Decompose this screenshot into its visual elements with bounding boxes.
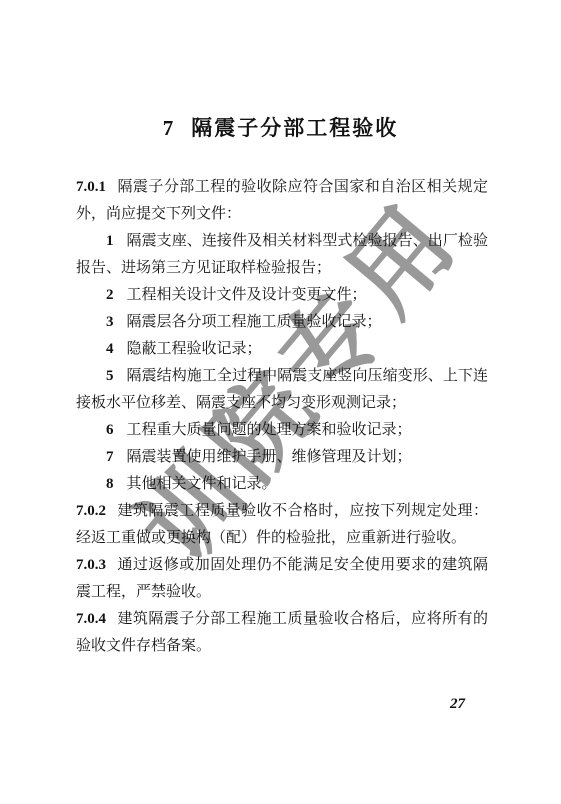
item-number: 2 xyxy=(106,287,114,303)
item-number: 1 xyxy=(106,233,114,249)
item-number: 5 xyxy=(106,368,114,384)
item-number: 6 xyxy=(106,422,114,438)
page-number: 27 xyxy=(450,696,465,713)
list-item-3: 3隔震层各分项工程施工质量验收记录； xyxy=(76,309,488,336)
clause-number: 7.0.3 xyxy=(76,557,106,573)
clause-number: 7.0.2 xyxy=(76,503,106,519)
chapter-number: 7 xyxy=(163,116,176,140)
list-item-6: 6工程重大质量问题的处理方案和验收记录； xyxy=(76,417,488,444)
chapter-title: 7隔震子分部工程验收 xyxy=(0,0,561,142)
list-item-7: 7隔震装置使用维护手册、维修管理及计划； xyxy=(76,444,488,471)
item-text: 隔震装置使用维护手册、维修管理及计划； xyxy=(127,449,412,465)
list-item-8: 8其他相关文件和记录。 xyxy=(76,471,488,498)
list-item-2: 2工程相关设计文件及设计变更文件； xyxy=(76,282,488,309)
list-item-5: 5隔震结构施工全过程中隔震支座竖向压缩变形、上下连接板水平位移差、隔震支座不均匀… xyxy=(76,363,488,417)
page-content: 7隔震子分部工程验收 7.0.1隔震子分部工程的验收除应符合国家和自治区相关规定… xyxy=(0,0,561,660)
item-number: 3 xyxy=(106,314,114,330)
clause-7-0-2: 7.0.2建筑隔震工程质量验收不合格时，应按下列规定处理：经返工重做或更换构（配… xyxy=(76,498,488,552)
item-text: 其他相关文件和记录。 xyxy=(127,476,277,492)
clause-7-0-1: 7.0.1隔震子分部工程的验收除应符合国家和自治区相关规定外，尚应提交下列文件： xyxy=(76,174,488,228)
item-text: 隔震支座、连接件及相关材料型式检验报告、出厂检验报告、进场第三方见证取样检验报告… xyxy=(76,233,488,276)
clause-number: 7.0.4 xyxy=(76,611,106,627)
item-text: 隔震层各分项工程施工质量验收记录； xyxy=(127,314,382,330)
clause-text: 隔震子分部工程的验收除应符合国家和自治区相关规定外，尚应提交下列文件： xyxy=(76,179,488,222)
clause-list: 7.0.1隔震子分部工程的验收除应符合国家和自治区相关规定外，尚应提交下列文件：… xyxy=(76,174,488,660)
clause-text: 通过返修或加固处理仍不能满足安全使用要求的建筑隔震工程，严禁验收。 xyxy=(76,557,488,600)
item-number: 8 xyxy=(106,476,114,492)
clause-text: 建筑隔震子分部工程施工质量验收合格后，应将所有的验收文件存档备案。 xyxy=(76,611,488,654)
item-text: 工程相关设计文件及设计变更文件； xyxy=(127,287,367,303)
chapter-title-text: 隔震子分部工程验收 xyxy=(191,116,398,140)
item-text: 隐蔽工程验收记录； xyxy=(127,341,262,357)
item-text: 工程重大质量问题的处理方案和验收记录； xyxy=(127,422,412,438)
document-page: 训院专用 7隔震子分部工程验收 7.0.1隔震子分部工程的验收除应符合国家和自治… xyxy=(0,0,561,804)
item-number: 4 xyxy=(106,341,114,357)
item-number: 7 xyxy=(106,449,114,465)
list-item-1: 1隔震支座、连接件及相关材料型式检验报告、出厂检验报告、进场第三方见证取样检验报… xyxy=(76,228,488,282)
clause-7-0-4: 7.0.4建筑隔震子分部工程施工质量验收合格后，应将所有的验收文件存档备案。 xyxy=(76,606,488,660)
clause-7-0-3: 7.0.3通过返修或加固处理仍不能满足安全使用要求的建筑隔震工程，严禁验收。 xyxy=(76,552,488,606)
clause-number: 7.0.1 xyxy=(76,179,106,195)
list-item-4: 4隐蔽工程验收记录； xyxy=(76,336,488,363)
item-text: 隔震结构施工全过程中隔震支座竖向压缩变形、上下连接板水平位移差、隔震支座不均匀变… xyxy=(76,368,488,411)
clause-text: 建筑隔震工程质量验收不合格时，应按下列规定处理：经返工重做或更换构（配）件的检验… xyxy=(76,503,488,546)
